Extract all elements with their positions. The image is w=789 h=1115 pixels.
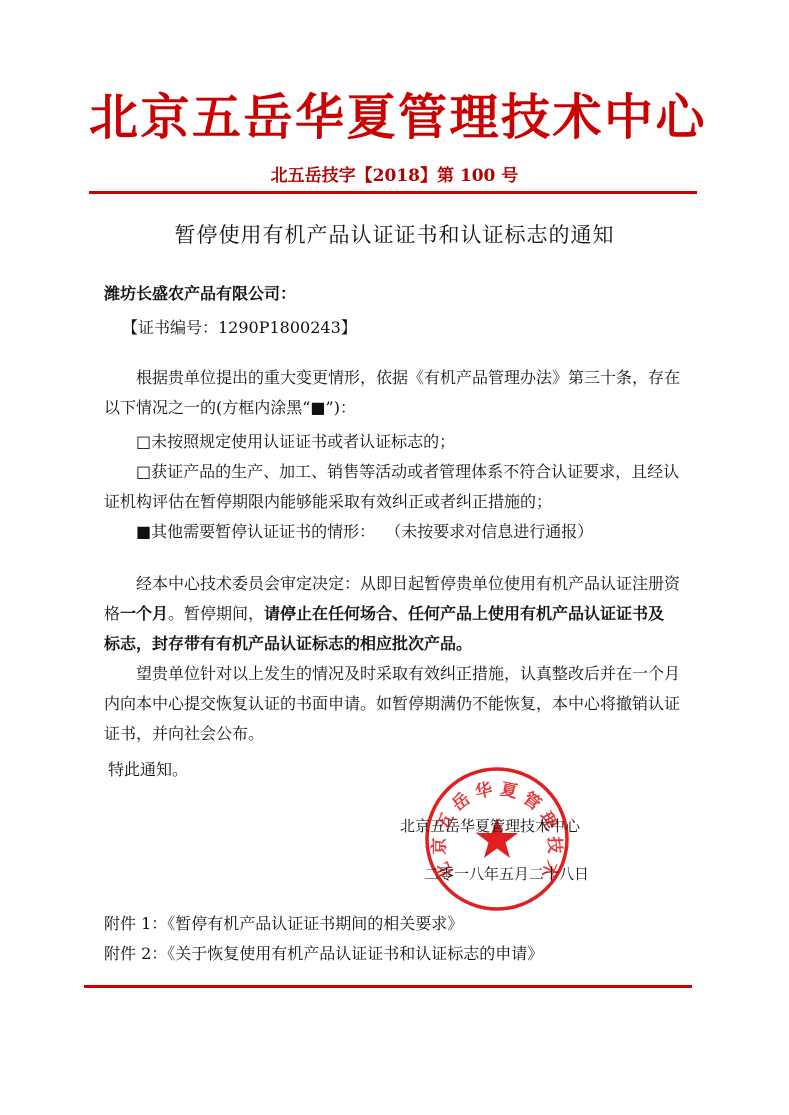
header-red-rule — [89, 191, 697, 194]
checkbox-filled-icon: ■ — [136, 522, 151, 541]
paragraph-2-line-3: 标志，封存带有有机产品认证标志的相应批次产品。 — [104, 632, 472, 656]
option-2-text-line-1: 获证产品的生产、加工、销售等活动或者管理体系不符合认证要求，且经认 — [151, 462, 679, 481]
option-1-text: 未按照规定使用认证证书或者认证标志的； — [151, 432, 455, 451]
bold-instruction: 请停止在任何场合、任何产品上使用有机产品认证证书及 — [264, 604, 664, 623]
closing-remark: 特此通知。 — [108, 758, 188, 782]
text-segment: 。暂停期间， — [168, 604, 264, 623]
paragraph-1-line-1: 根据贵单位提出的重大变更情形，依据《有机产品管理办法》第三十条，存在 — [136, 366, 680, 390]
signature-date: 二零一八年五月二十八日 — [424, 862, 589, 886]
suspension-period: 一个月 — [120, 604, 168, 623]
org-title: 北京五岳华夏管理技术中心 — [89, 90, 704, 146]
official-seal-icon: 北京五岳华夏管理技术中心 — [424, 766, 570, 912]
paragraph-2-line-1: 经本中心技术委员会审定决定：从即日起暂停贵单位使用有机产品认证注册资 — [136, 572, 680, 596]
checkbox-empty-icon: □ — [136, 462, 151, 481]
attachment-2: 附件 2：《关于恢复使用有机产品认证证书和认证标志的申请》 — [104, 942, 543, 966]
attachment-1: 附件 1：《暂停有机产品认证证书期间的相关要求》 — [104, 912, 463, 936]
footer-red-rule — [84, 985, 692, 988]
checkbox-empty-icon: □ — [136, 432, 151, 451]
paragraph-1-line-2: 以下情况之一的(方框内涂黑“■”)： — [104, 396, 356, 420]
text-segment: 格 — [104, 604, 120, 623]
option-2-text-line-2: 证机构评估在暂停期限内能够能采取有效纠正或者纠正措施的； — [104, 490, 552, 514]
option-1: □未按照规定使用认证证书或者认证标志的； — [136, 430, 455, 454]
document-number: 北五岳技字【2018】第 100 号 — [0, 164, 789, 188]
paragraph-3-line-2: 内向本中心提交恢复认证的书面申请。如暂停期满仍不能恢复，本中心将撤销认证 — [104, 692, 680, 716]
paragraph-3-line-1: 望贵单位针对以上发生的情况及时采取有效纠正措施，认真整改后并在一个月 — [136, 662, 680, 686]
certificate-number: 【证书编号：1290P1800243】 — [122, 316, 357, 340]
addressee: 潍坊长盛农产品有限公司： — [104, 282, 296, 306]
option-3-text: 其他需要暂停认证证书的情形： （未按要求对信息进行通报） — [151, 522, 593, 541]
option-2: □获证产品的生产、加工、销售等活动或者管理体系不符合认证要求，且经认 — [136, 460, 679, 484]
paragraph-2-line-2: 格一个月。暂停期间，请停止在任何场合、任何产品上使用有机产品认证证书及 — [104, 602, 664, 626]
signatory-organization: 北京五岳华夏管理技术中心 — [400, 814, 580, 838]
notice-title: 暂停使用有机产品认证证书和认证标志的通知 — [0, 221, 789, 249]
option-3: ■其他需要暂停认证证书的情形： （未按要求对信息进行通报） — [136, 520, 593, 544]
paragraph-3-line-3: 证书，并向社会公布。 — [104, 722, 264, 746]
